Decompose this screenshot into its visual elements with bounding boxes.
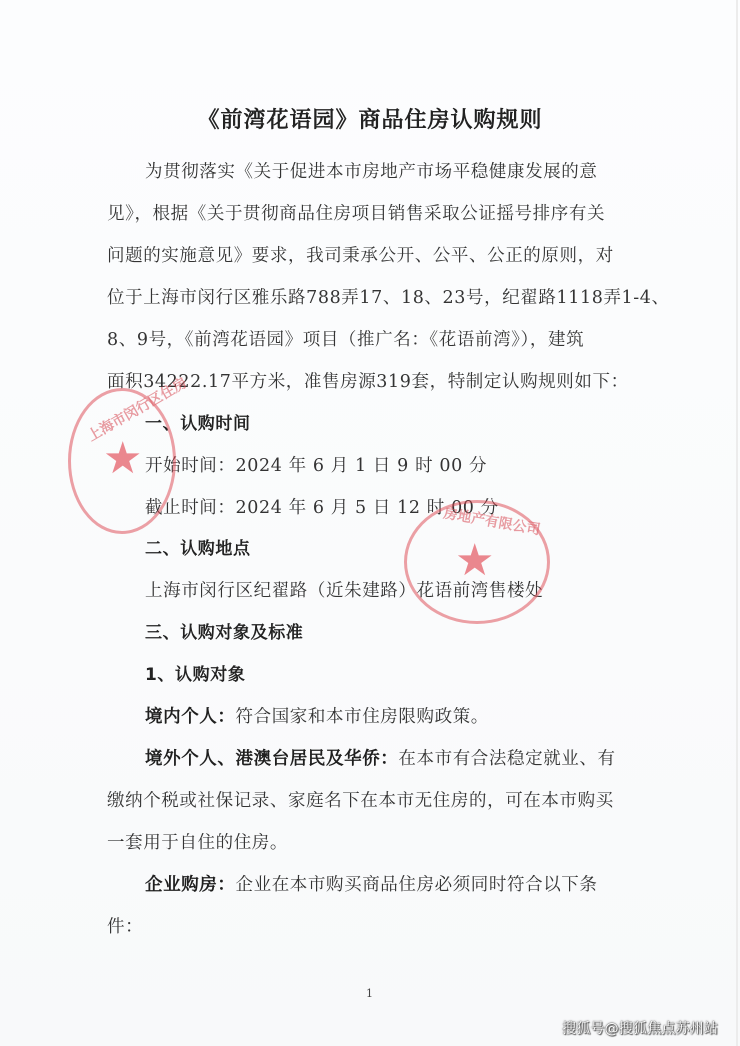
corp-label: 企业购房： <box>145 875 236 895</box>
corp-text-2: 件： <box>107 915 667 939</box>
domestic-text: 符合国家和本市住房限购政策。 <box>236 707 489 727</box>
section-1-heading: 一、认购时间 <box>145 412 705 436</box>
stamp-star-icon: ★ <box>455 539 494 583</box>
document-page: 《前湾花语园》商品住房认购规则 为贯彻落实《关于促进本市房地产市场平稳健康发展的… <box>0 0 740 1046</box>
subsection-1-heading: 1、认购对象 <box>145 663 705 687</box>
scan-edge <box>736 0 738 1046</box>
left-official-stamp: ★ 上海市闵行区住房 <box>68 388 176 534</box>
corp-text-1: 企业在本市购买商品住房必须同时符合以下条 <box>236 875 598 895</box>
section-3-heading: 三、认购对象及标准 <box>145 621 705 645</box>
overseas-text-2: 缴纳个税或社保记录、家庭名下在本市无住房的，可在本市购买 <box>107 789 667 813</box>
document-title: 《前湾花语园》商品住房认购规则 <box>0 103 740 134</box>
overseas-label: 境外个人、港澳台居民及华侨： <box>145 749 398 769</box>
intro-line-1: 为贯彻落实《关于促进本市房地产市场平稳健康发展的意 <box>145 160 705 184</box>
overseas-text-1: 在本市有合法稳定就业、有 <box>398 749 615 769</box>
stamp-star-icon: ★ <box>103 437 142 481</box>
end-time: 截止时间：2024 年 6 月 5 日 12 时 00 分 <box>145 496 705 520</box>
intro-line-5: 8、9号，《前湾花语园》项目（推广名：《花语前湾》），建筑 <box>107 328 667 352</box>
right-company-stamp: ★ 房地产有限公司 <box>404 500 550 624</box>
start-time: 开始时间：2024 年 6 月 1 日 9 时 00 分 <box>145 454 705 478</box>
intro-line-6: 面积34222.17平方米，准售房源319套，特制定认购规则如下： <box>107 370 667 394</box>
intro-line-2: 见》，根据《关于贯彻商品住房项目销售采取公证摇号排序有关 <box>107 202 667 226</box>
overseas-text-3: 一套用于自住的住房。 <box>107 831 667 855</box>
domestic-label: 境内个人： <box>145 707 236 727</box>
intro-line-4: 位于上海市闵行区雅乐路788弄17、18、23号，纪翟路1118弄1-4、 <box>107 286 667 310</box>
intro-line-3: 问题的实施意见》要求，我司秉承公开、公平、公正的原则，对 <box>107 244 667 268</box>
corporate-purchase: 企业购房：企业在本市购买商品住房必须同时符合以下条 <box>145 873 705 897</box>
overseas-individuals: 境外个人、港澳台居民及华侨：在本市有合法稳定就业、有 <box>145 747 705 771</box>
page-number: 1 <box>366 987 373 1000</box>
domestic-individuals: 境内个人：符合国家和本市住房限购政策。 <box>145 705 705 729</box>
source-watermark: 搜狐号@搜狐焦点苏州站 <box>562 1018 718 1038</box>
